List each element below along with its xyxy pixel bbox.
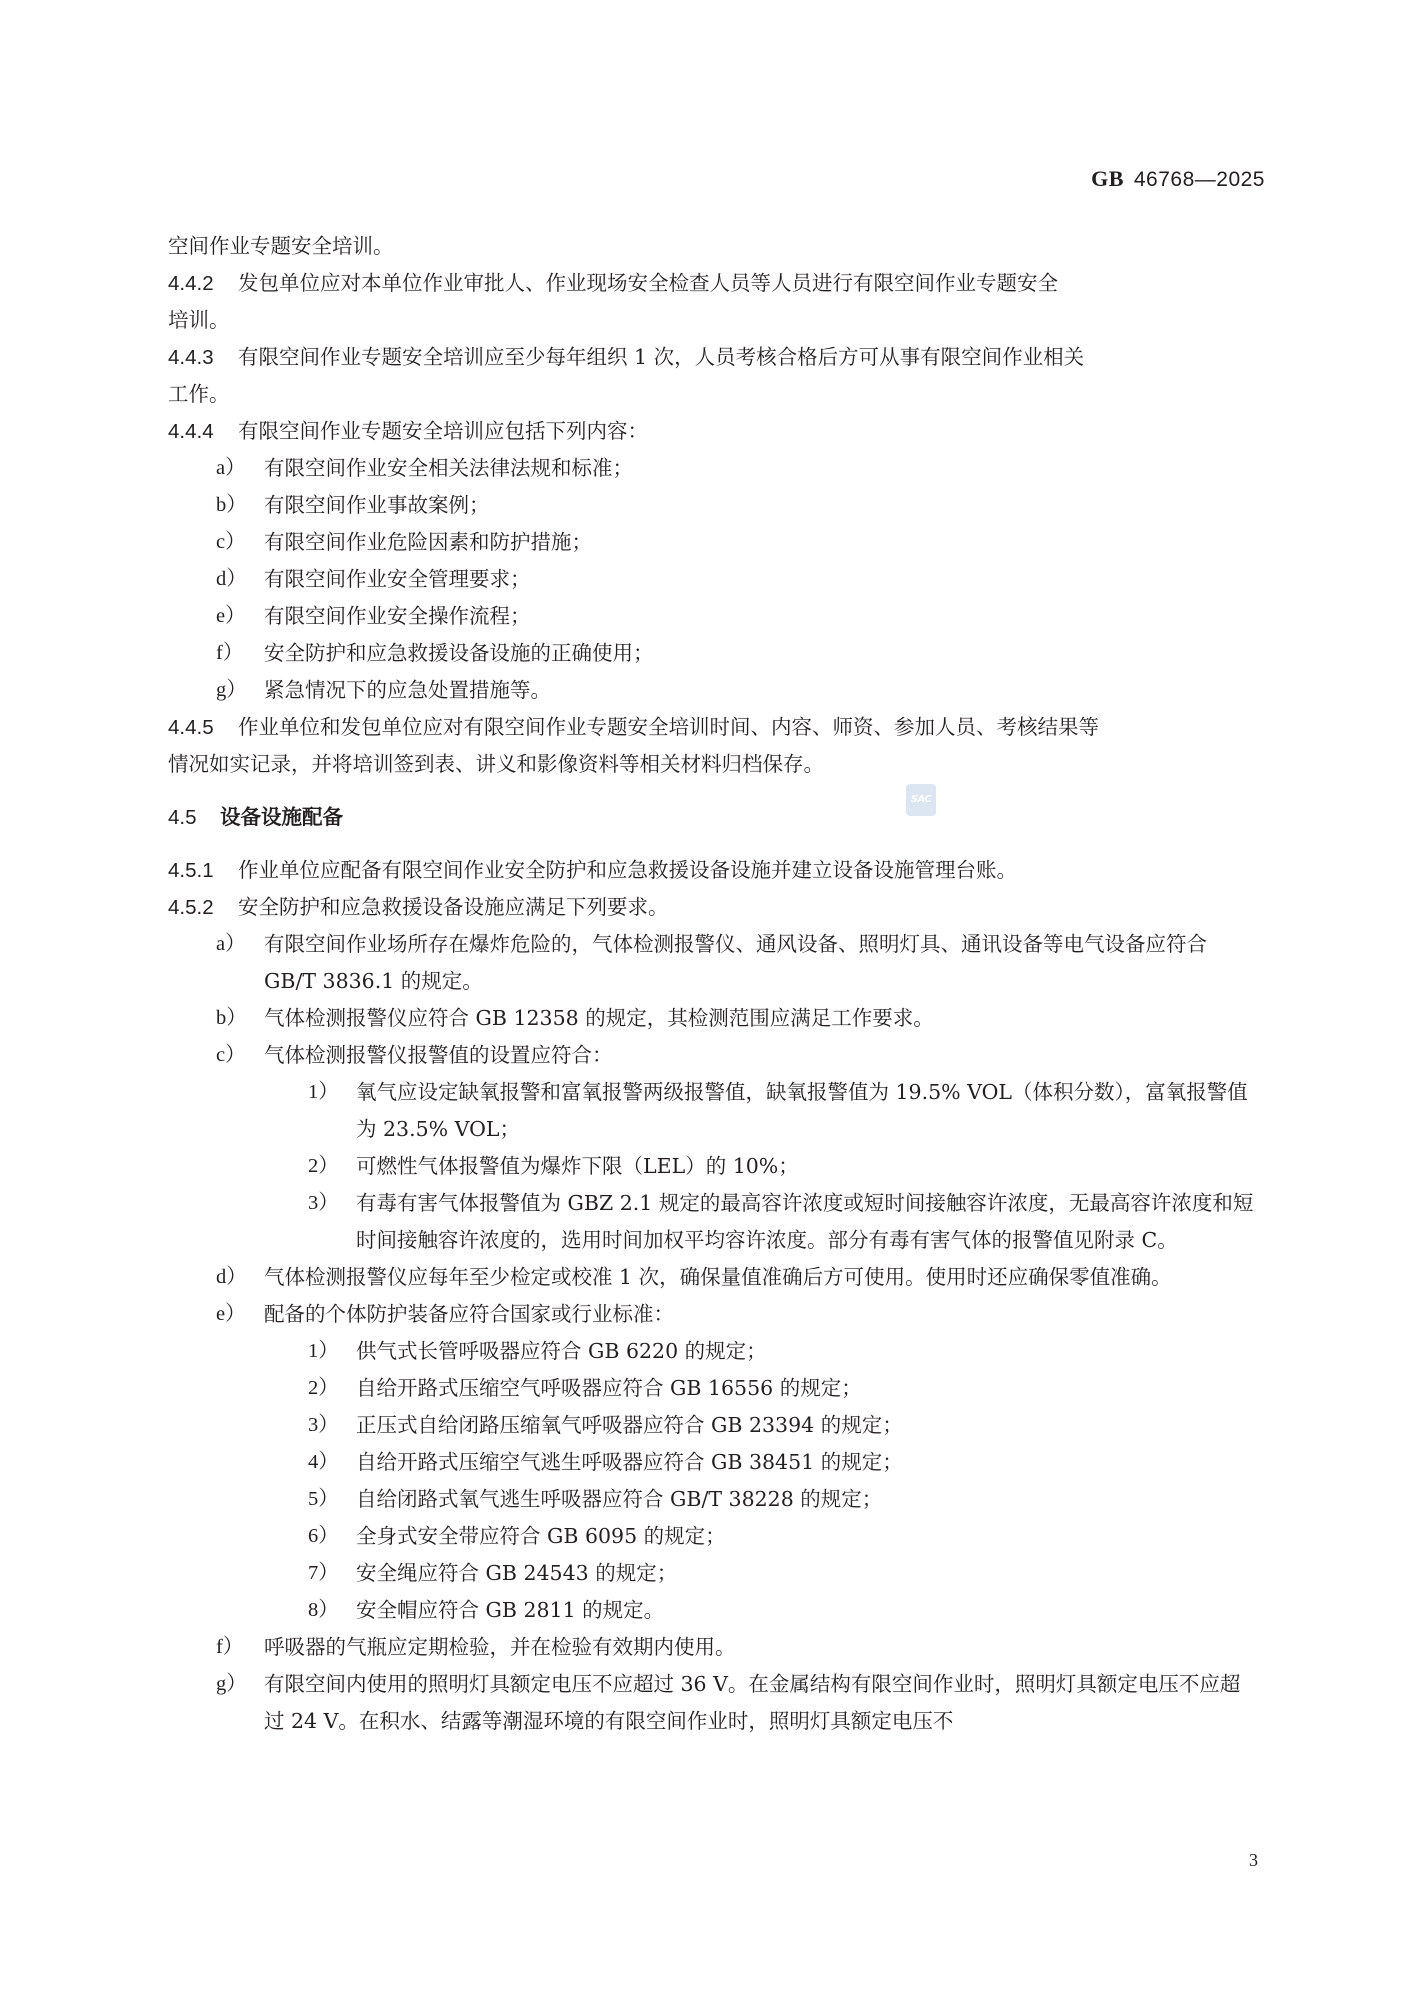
item-text: 正压式自给闭路压缩氧气呼吸器应符合 GB 23394 的规定； [308,1407,1260,1444]
item-label: c） [216,524,260,561]
item-label: d） [216,561,260,598]
clause-4-5-1: 4.5.1作业单位应配备有限空间作业安全防护和应急救援设备设施并建立设备设施管理… [168,852,1260,889]
list-item: g）紧急情况下的应急处置措施等。 [168,672,1260,709]
sub-item: 6）全身式安全带应符合 GB 6095 的规定； [168,1518,1260,1555]
clause-number: 4.5.2 [168,889,238,926]
clause-text: 发包单位应对本单位作业审批人、作业现场安全检查人员等人员进行有限空间作业专题安全 [238,271,1058,295]
list-item-e: e）配备的个体防护装备应符合国家或行业标准： [168,1296,1260,1333]
item-text: 有限空间作业安全管理要求； [216,561,1260,598]
item-label: f） [216,1629,260,1666]
sub-item: 2）自给开路式压缩空气呼吸器应符合 GB 16556 的规定； [168,1370,1260,1407]
sub-item: 4）自给开路式压缩空气逃生呼吸器应符合 GB 38451 的规定； [168,1444,1260,1481]
item-text: 可燃性气体报警值为爆炸下限（LEL）的 10%； [308,1148,1260,1185]
item-label: 5） [308,1481,352,1518]
document-header: GB46768—2025 [1091,166,1265,192]
item-label: 1） [308,1333,352,1370]
item-label: 2） [308,1148,352,1185]
item-text: 有限空间作业安全操作流程； [216,598,1260,635]
item-label: e） [216,598,260,635]
item-text: 自给闭路式氧气逃生呼吸器应符合 GB/T 38228 的规定； [308,1481,1260,1518]
item-label: e） [216,1296,260,1333]
list-item: e）有限空间作业安全操作流程； [168,598,1260,635]
clause-text: 安全防护和应急救援设备设施应满足下列要求。 [238,895,669,919]
clause-text: 作业单位和发包单位应对有限空间作业专题安全培训时间、内容、师资、参加人员、考核结… [238,715,1099,739]
item-label: g） [216,1666,260,1703]
list-item-a: a）有限空间作业场所存在爆炸危险的，气体检测报警仪、通风设备、照明灯具、通讯设备… [168,926,1260,1000]
list-item-d: d）气体检测报警仪应每年至少检定或校准 1 次，确保量值准确后方可使用。使用时还… [168,1259,1260,1296]
item-text: 气体检测报警仪应每年至少检定或校准 1 次，确保量值准确后方可使用。使用时还应确… [216,1259,1260,1296]
clause-4-4-5: 4.4.5作业单位和发包单位应对有限空间作业专题安全培训时间、内容、师资、参加人… [168,709,1260,783]
clause-4-4-2: 4.4.2发包单位应对本单位作业审批人、作业现场安全检查人员等人员进行有限空间作… [168,265,1260,339]
item-label: f） [216,635,260,672]
item-label: 1） [308,1074,352,1111]
page-number: 3 [1249,1850,1258,1871]
standard-prefix: GB [1091,166,1124,191]
item-label: 6） [308,1518,352,1555]
item-text: 供气式长管呼吸器应符合 GB 6220 的规定； [308,1333,1260,1370]
item-text: 气体检测报警仪报警值的设置应符合： [216,1037,1260,1074]
section-number: 4.5 [168,799,220,836]
item-label: 8） [308,1592,352,1629]
sub-item: 1）供气式长管呼吸器应符合 GB 6220 的规定； [168,1333,1260,1370]
sub-item: 7）安全绳应符合 GB 24543 的规定； [168,1555,1260,1592]
item-text: 有限空间作业安全相关法律法规和标准； [216,450,1260,487]
clause-text: 作业单位应配备有限空间作业安全防护和应急救援设备设施并建立设备设施管理台账。 [238,858,1017,882]
item-text: 安全帽应符合 GB 2811 的规定。 [308,1592,1260,1629]
sub-item: 1）氧气应设定缺氧报警和富氧报警两级报警值，缺氧报警值为 19.5% VOL（体… [168,1074,1260,1148]
item-label: 4） [308,1444,352,1481]
list-item-f: f）呼吸器的气瓶应定期检验，并在检验有效期内使用。 [168,1629,1260,1666]
item-label: 7） [308,1555,352,1592]
clause-text-cont: 培训。 [168,302,1260,339]
item-text: 自给开路式压缩空气逃生呼吸器应符合 GB 38451 的规定； [308,1444,1260,1481]
list-item-b: b）气体检测报警仪应符合 GB 12358 的规定，其检测范围应满足工作要求。 [168,1000,1260,1037]
item-text: 呼吸器的气瓶应定期检验，并在检验有效期内使用。 [216,1629,1260,1666]
item-label: b） [216,1000,260,1037]
list-item-g: g）有限空间内使用的照明灯具额定电压不应超过 36 V。在金属结构有限空间作业时… [168,1666,1260,1740]
standard-number: 46768—2025 [1134,168,1265,191]
list-item: d）有限空间作业安全管理要求； [168,561,1260,598]
item-label: b） [216,487,260,524]
item-text: 有限空间作业危险因素和防护措施； [216,524,1260,561]
section-heading-4-5: 4.5设备设施配备 [168,799,1260,836]
clause-4-4-3: 4.4.3有限空间作业专题安全培训应至少每年组织 1 次，人员考核合格后方可从事… [168,339,1260,413]
item-text: 安全防护和应急救援设备设施的正确使用； [216,635,1260,672]
list-item: b）有限空间作业事故案例； [168,487,1260,524]
sub-item: 2）可燃性气体报警值为爆炸下限（LEL）的 10%； [168,1148,1260,1185]
item-text: 全身式安全带应符合 GB 6095 的规定； [308,1518,1260,1555]
item-label: d） [216,1259,260,1296]
list-item: a）有限空间作业安全相关法律法规和标准； [168,450,1260,487]
item-label: a） [216,450,260,487]
clause-4-5-2: 4.5.2安全防护和应急救援设备设施应满足下列要求。 [168,889,1260,926]
item-text: 有限空间作业事故案例； [216,487,1260,524]
item-label: a） [216,926,260,963]
clause-text-cont: 工作。 [168,376,1260,413]
continued-text: 空间作业专题安全培训。 [168,228,1260,265]
item-text: 紧急情况下的应急处置措施等。 [216,672,1260,709]
sub-item: 3）有毒有害气体报警值为 GBZ 2.1 规定的最高容许浓度或短时间接触容许浓度… [168,1185,1260,1259]
item-text: 有毒有害气体报警值为 GBZ 2.1 规定的最高容许浓度或短时间接触容许浓度，无… [308,1185,1260,1259]
item-label: c） [216,1037,260,1074]
clause-number: 4.4.5 [168,709,238,746]
list-item-c: c）气体检测报警仪报警值的设置应符合： [168,1037,1260,1074]
item-text: 有限空间作业场所存在爆炸危险的，气体检测报警仪、通风设备、照明灯具、通讯设备等电… [216,926,1260,1000]
item-text: 配备的个体防护装备应符合国家或行业标准： [216,1296,1260,1333]
sub-item: 8）安全帽应符合 GB 2811 的规定。 [168,1592,1260,1629]
item-label: 3） [308,1407,352,1444]
clause-number: 4.5.1 [168,852,238,889]
section-title: 设备设施配备 [220,805,343,829]
list-item: f）安全防护和应急救援设备设施的正确使用； [168,635,1260,672]
clause-4-4-4: 4.4.4有限空间作业专题安全培训应包括下列内容： [168,413,1260,450]
item-text: 安全绳应符合 GB 24543 的规定； [308,1555,1260,1592]
item-label: 3） [308,1185,352,1222]
item-label: 2） [308,1370,352,1407]
list-item: c）有限空间作业危险因素和防护措施； [168,524,1260,561]
item-label: g） [216,672,260,709]
sub-item: 3）正压式自给闭路压缩氧气呼吸器应符合 GB 23394 的规定； [168,1407,1260,1444]
document-body: 空间作业专题安全培训。 4.4.2发包单位应对本单位作业审批人、作业现场安全检查… [168,228,1260,1740]
clause-text: 有限空间作业专题安全培训应包括下列内容： [238,419,648,443]
sac-watermark-logo: SAC [906,784,936,816]
item-text: 有限空间内使用的照明灯具额定电压不应超过 36 V。在金属结构有限空间作业时，照… [216,1666,1260,1740]
clause-number: 4.4.4 [168,413,238,450]
clause-text: 有限空间作业专题安全培训应至少每年组织 1 次，人员考核合格后方可从事有限空间作… [238,345,1084,369]
item-text: 自给开路式压缩空气呼吸器应符合 GB 16556 的规定； [308,1370,1260,1407]
clause-number: 4.4.3 [168,339,238,376]
item-text: 气体检测报警仪应符合 GB 12358 的规定，其检测范围应满足工作要求。 [216,1000,1260,1037]
clause-text-cont: 情况如实记录，并将培训签到表、讲义和影像资料等相关材料归档保存。 [168,746,1260,783]
clause-number: 4.4.2 [168,265,238,302]
sub-item: 5）自给闭路式氧气逃生呼吸器应符合 GB/T 38228 的规定； [168,1481,1260,1518]
item-text: 氧气应设定缺氧报警和富氧报警两级报警值，缺氧报警值为 19.5% VOL（体积分… [308,1074,1260,1148]
